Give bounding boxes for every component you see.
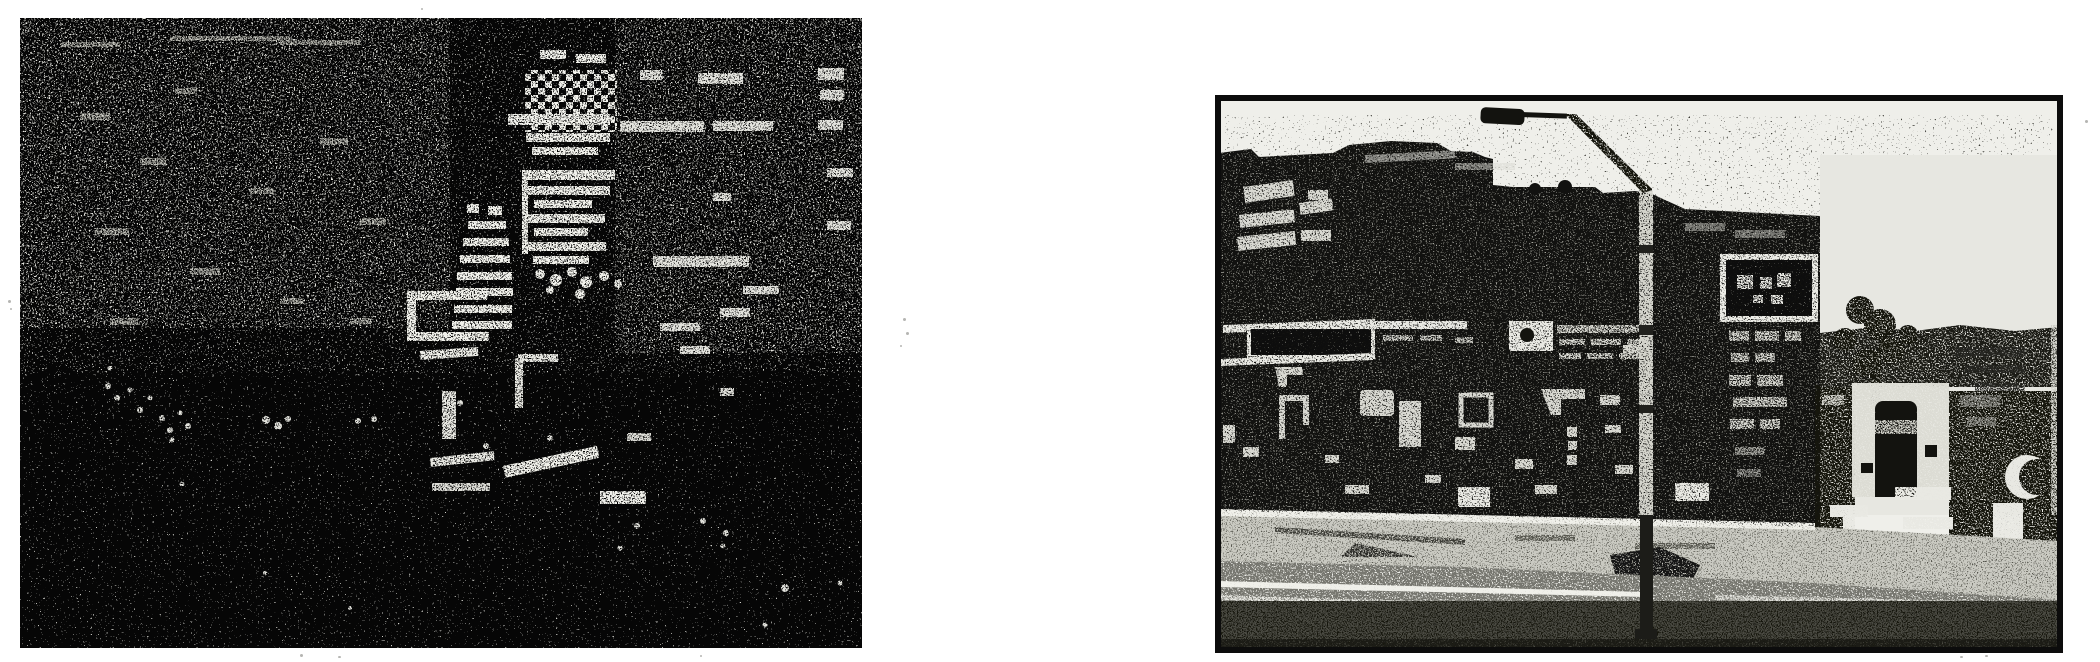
left-photo — [20, 18, 862, 648]
page-speck — [300, 654, 303, 657]
right-photo — [1215, 95, 2063, 653]
page-speck — [8, 300, 11, 303]
awning-sign — [1249, 327, 1373, 357]
right-awning-rows — [1557, 325, 1649, 359]
page-speck — [10, 308, 12, 310]
right-photo-svg — [1215, 95, 2063, 653]
streetlight-pole-lower — [1640, 515, 1653, 637]
road — [1219, 601, 2059, 649]
tower-rail — [525, 170, 615, 180]
page-speck — [338, 656, 341, 658]
page-speck — [1960, 656, 1963, 658]
white-box — [1458, 487, 1490, 507]
page-speck — [700, 655, 702, 657]
page-speck — [906, 332, 909, 335]
page-speck — [1985, 655, 1988, 657]
page-speck — [421, 8, 423, 10]
lamp-head — [1480, 107, 1525, 125]
page-speck — [2085, 120, 2088, 123]
left-photo-svg — [20, 18, 862, 648]
stone-doorway — [1852, 383, 1949, 497]
page-speck — [900, 345, 902, 347]
streetlight-pole-upper — [1639, 191, 1653, 515]
page-speck — [903, 318, 906, 321]
